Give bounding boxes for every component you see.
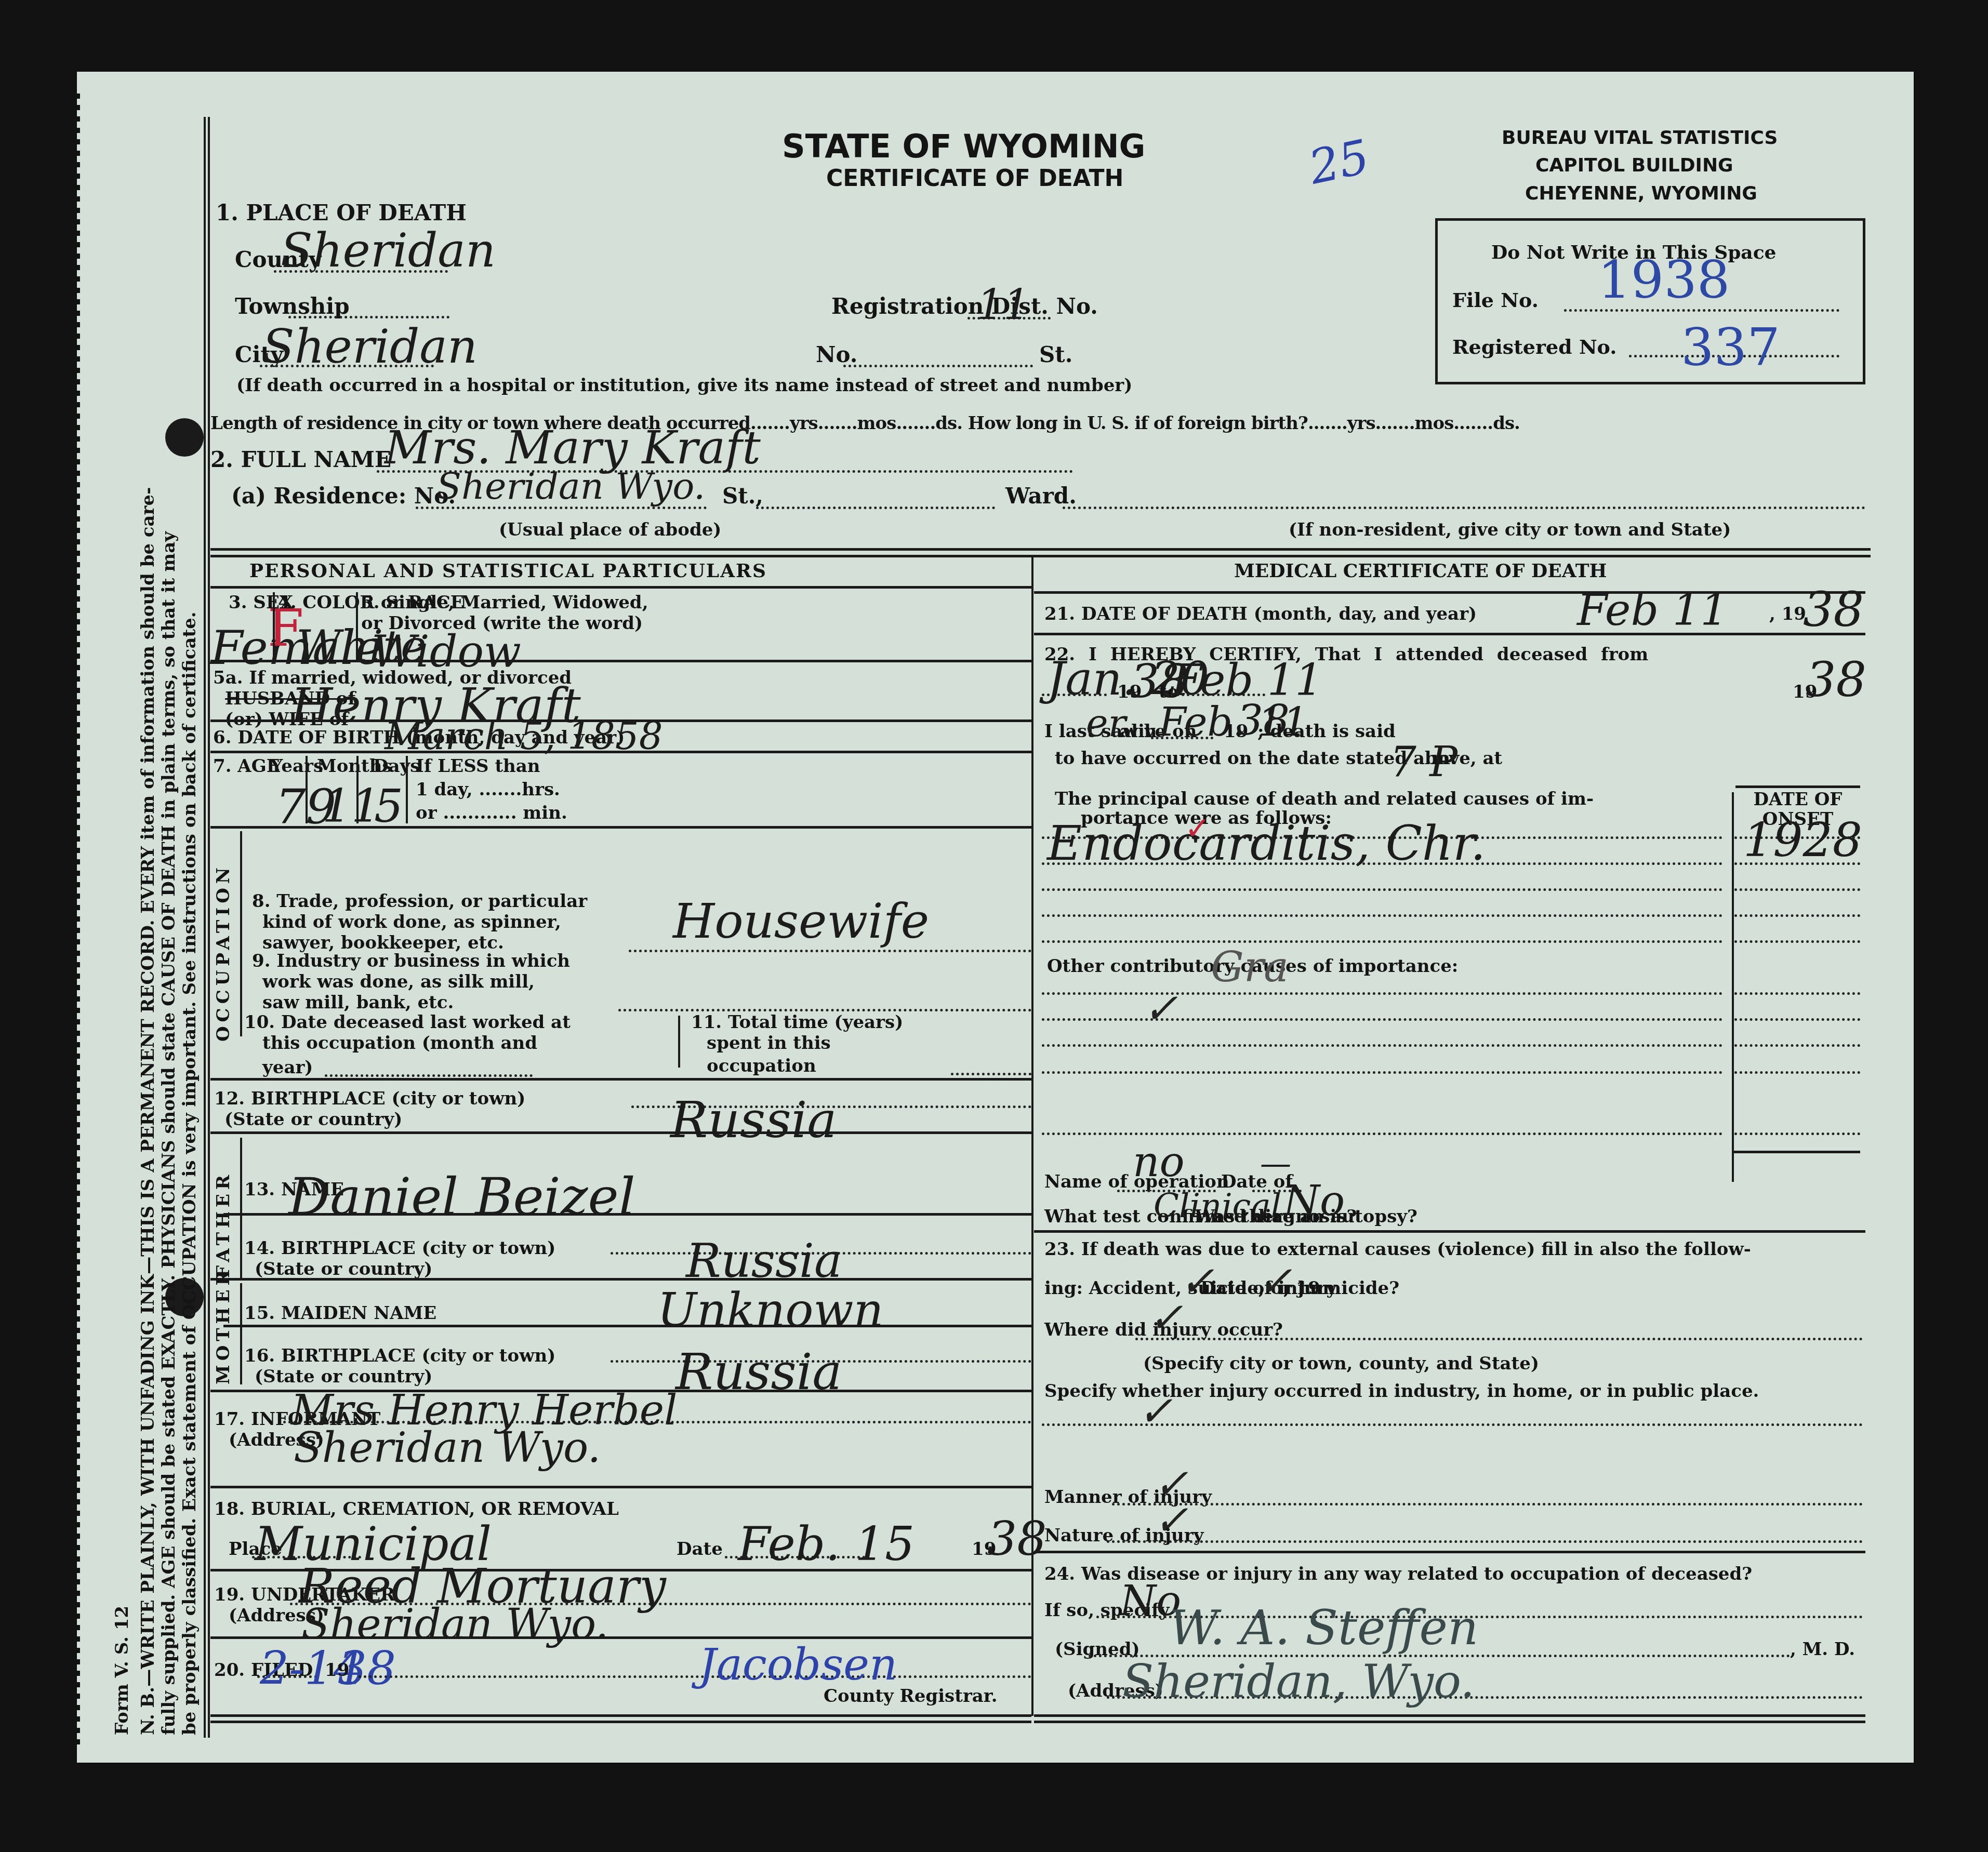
m-label: m. [1432, 748, 1456, 769]
dod-label: 21. DATE OF DEATH (month, day, and year) [1044, 604, 1477, 624]
cause-label-1: The principal cause of death and related… [1055, 789, 1594, 809]
total-time-label-2: spent in this [707, 1033, 831, 1054]
less-label-1: If LESS than [416, 756, 540, 777]
medical-heading: MEDICAL CERTIFICATE OF DEATH [1234, 560, 1607, 582]
onset-value: 1928 [1743, 813, 1862, 868]
attended-to-year: 38 [1806, 652, 1866, 708]
nature-label: Nature of injury [1044, 1525, 1203, 1546]
residence-value: Sheridan Wyo. [436, 465, 705, 508]
form-number: Form V. S. 12 [112, 1606, 132, 1735]
birthplace-label-1: 12. BIRTHPLACE (city or town) [214, 1088, 525, 1109]
other-causes-value: Gra [1211, 943, 1289, 991]
injury-year-label: , 19 [1283, 1278, 1320, 1299]
reg-dist-label: Registration Dist. No. [831, 294, 1098, 319]
page-subtitle: CERTIFICATE OF DEATH [826, 165, 1123, 192]
punch-hole [165, 418, 204, 457]
perforated-edge [73, 94, 80, 1746]
occupation-side-label: OCCUPATION [213, 863, 234, 1042]
physician-signature: W. A. Steffen [1169, 1600, 1478, 1656]
marital-label-1: 5. Single, Married, Widowed, [361, 592, 648, 613]
hospital-note: (If death occurred in a hospital or inst… [236, 375, 1132, 396]
total-time-label-1: 11. Total time (years) [691, 1012, 903, 1033]
filed-year-value: 38 [338, 1642, 396, 1695]
burial-date-label: Date [677, 1539, 723, 1560]
nonres-note: (If non-resident, give city or town and … [1289, 519, 1731, 540]
burial-year-value: 38 [987, 1512, 1047, 1566]
father-birthplace-label-1: 14. BIRTHPLACE (city or town) [244, 1238, 555, 1259]
abode-note: (Usual place of abode) [499, 519, 721, 540]
page-title: STATE OF WYOMING [782, 127, 1146, 165]
mother-birthplace-label-1: 16. BIRTHPLACE (city or town) [244, 1345, 555, 1366]
street-no-label: No. [816, 342, 857, 367]
industry-field[interactable] [618, 1009, 1031, 1011]
mother-maiden-value: Unknown [657, 1283, 884, 1338]
dod-year-value: 38 [1803, 582, 1864, 637]
reg-dist-value: 11 [977, 281, 1030, 329]
total-time-field[interactable] [951, 1073, 1031, 1075]
industry-label-1: 9. Industry or business in which [252, 951, 570, 971]
street-label: St. [1039, 342, 1072, 367]
place-of-death-heading: 1. PLACE OF DEATH [216, 200, 467, 225]
death-said-label: ; death is said [1257, 721, 1396, 742]
trade-label-2: kind of work done, as spinner, [262, 912, 561, 932]
township-field[interactable] [288, 316, 449, 318]
last-worked-label-3: year) [262, 1057, 313, 1078]
check-mark-icon: ✓ [1143, 984, 1178, 1033]
street-no-field[interactable] [843, 365, 1033, 367]
left-border [204, 117, 206, 1738]
nature-field[interactable] [1107, 1540, 1863, 1543]
file-no-value: 1938 [1598, 249, 1730, 310]
injury-where-field[interactable] [1135, 1338, 1863, 1340]
bureau-line-3: CHEYENNE, WYOMING [1525, 183, 1757, 204]
age-days-value: 5 [374, 779, 403, 833]
birthplace-label-2: (State or country) [224, 1109, 402, 1130]
manner-field[interactable] [1112, 1503, 1863, 1505]
burial-label: 18. BURIAL, CREMATION, OR REMOVAL [214, 1499, 619, 1520]
full-name-label: 2. FULL NAME [210, 447, 391, 472]
trade-field[interactable] [629, 950, 1031, 952]
total-time-label-3: occupation [707, 1056, 816, 1076]
side-note-2: fully supplied. AGE should be stated EXA… [158, 531, 179, 1735]
last-worked-label-2: this occupation (month and [262, 1033, 537, 1054]
registrar-label: County Registrar. [824, 1686, 997, 1707]
registered-no-value: 337 [1681, 317, 1780, 378]
external-label-1: 23. If death was due to external causes … [1044, 1239, 1751, 1260]
trade-label-3: sawyer, bookkeeper, etc. [262, 932, 504, 953]
last-worked-label-1: 10. Date deceased last worked at [244, 1012, 571, 1033]
age-months-value: 11 [322, 779, 380, 833]
residence-label: (a) Residence: No. [231, 483, 456, 509]
bureau-line-1: BUREAU VITAL STATISTICS [1502, 127, 1778, 149]
county-value: Sheridan [281, 223, 496, 278]
registered-no-label: Registered No. [1452, 335, 1617, 358]
bureau-line-2: CAPITOL BUILDING [1535, 155, 1733, 176]
autopsy-value: No [1283, 1177, 1345, 1225]
residence-st-label: St., [722, 483, 763, 509]
trade-label-1: 8. Trade, profession, or particular [252, 891, 587, 912]
operation-value: no [1133, 1138, 1185, 1186]
side-note-3: be properly classified. Exact statement … [179, 611, 200, 1735]
burial-date-value: Feb. 15 [738, 1517, 915, 1571]
father-side-label: FATHER [213, 1171, 234, 1278]
check-mark-icon: ✓ [1138, 1387, 1173, 1435]
township-label: Township [235, 294, 350, 319]
check-mark-icon: ✓ [1148, 1294, 1183, 1342]
age-days-label: Days [373, 756, 420, 777]
father-name-value: Daniel Beizel [288, 1166, 635, 1227]
trade-value: Housewife [673, 894, 929, 949]
ward-label: Ward. [1005, 483, 1077, 509]
injury-where-note: (Specify city or town, county, and State… [1143, 1353, 1539, 1374]
mother-birthplace-label-2: (State or country) [255, 1366, 432, 1387]
registrar-signature-field[interactable] [359, 1675, 1031, 1678]
last-worked-field[interactable] [325, 1074, 533, 1077]
red-check-mark: ✓ [1185, 810, 1211, 847]
industry-label-2: work was done, as silk mill, [262, 971, 535, 992]
less-label-3: or ............ min. [416, 803, 567, 823]
md-label: , M. D. [1790, 1639, 1855, 1660]
father-birthplace-label-2: (State or country) [255, 1259, 432, 1280]
file-no-label: File No. [1452, 288, 1539, 312]
dod-year-prefix: , 19 [1769, 604, 1806, 624]
ward-field[interactable] [1063, 507, 1865, 509]
registrar-signature: Jacobsen [699, 1639, 897, 1690]
personal-heading: PERSONAL AND STATISTICAL PARTICULARS [249, 560, 767, 582]
industry-label-3: saw mill, bank, etc. [262, 992, 454, 1013]
physician-address-value: Sheridan, Wyo. [1122, 1655, 1475, 1708]
mother-birthplace-value: Russia [675, 1343, 842, 1401]
less-label-2: 1 day, .......hrs. [416, 779, 560, 800]
side-note-1: N. B.—WRITE PLAINLY, WITH UNFADING INK—T… [138, 487, 158, 1735]
left-border [208, 117, 210, 1738]
injury-specify-field[interactable] [1042, 1423, 1863, 1426]
mother-maiden-label: 15. MAIDEN NAME [244, 1303, 436, 1324]
age-years-label: Years [270, 756, 323, 777]
dod-value: Feb 11 [1577, 584, 1728, 635]
birthplace-value: Russia [670, 1091, 837, 1149]
informant-address-value: Sheridan Wyo. [294, 1423, 601, 1472]
city-value: Sheridan [262, 319, 478, 374]
